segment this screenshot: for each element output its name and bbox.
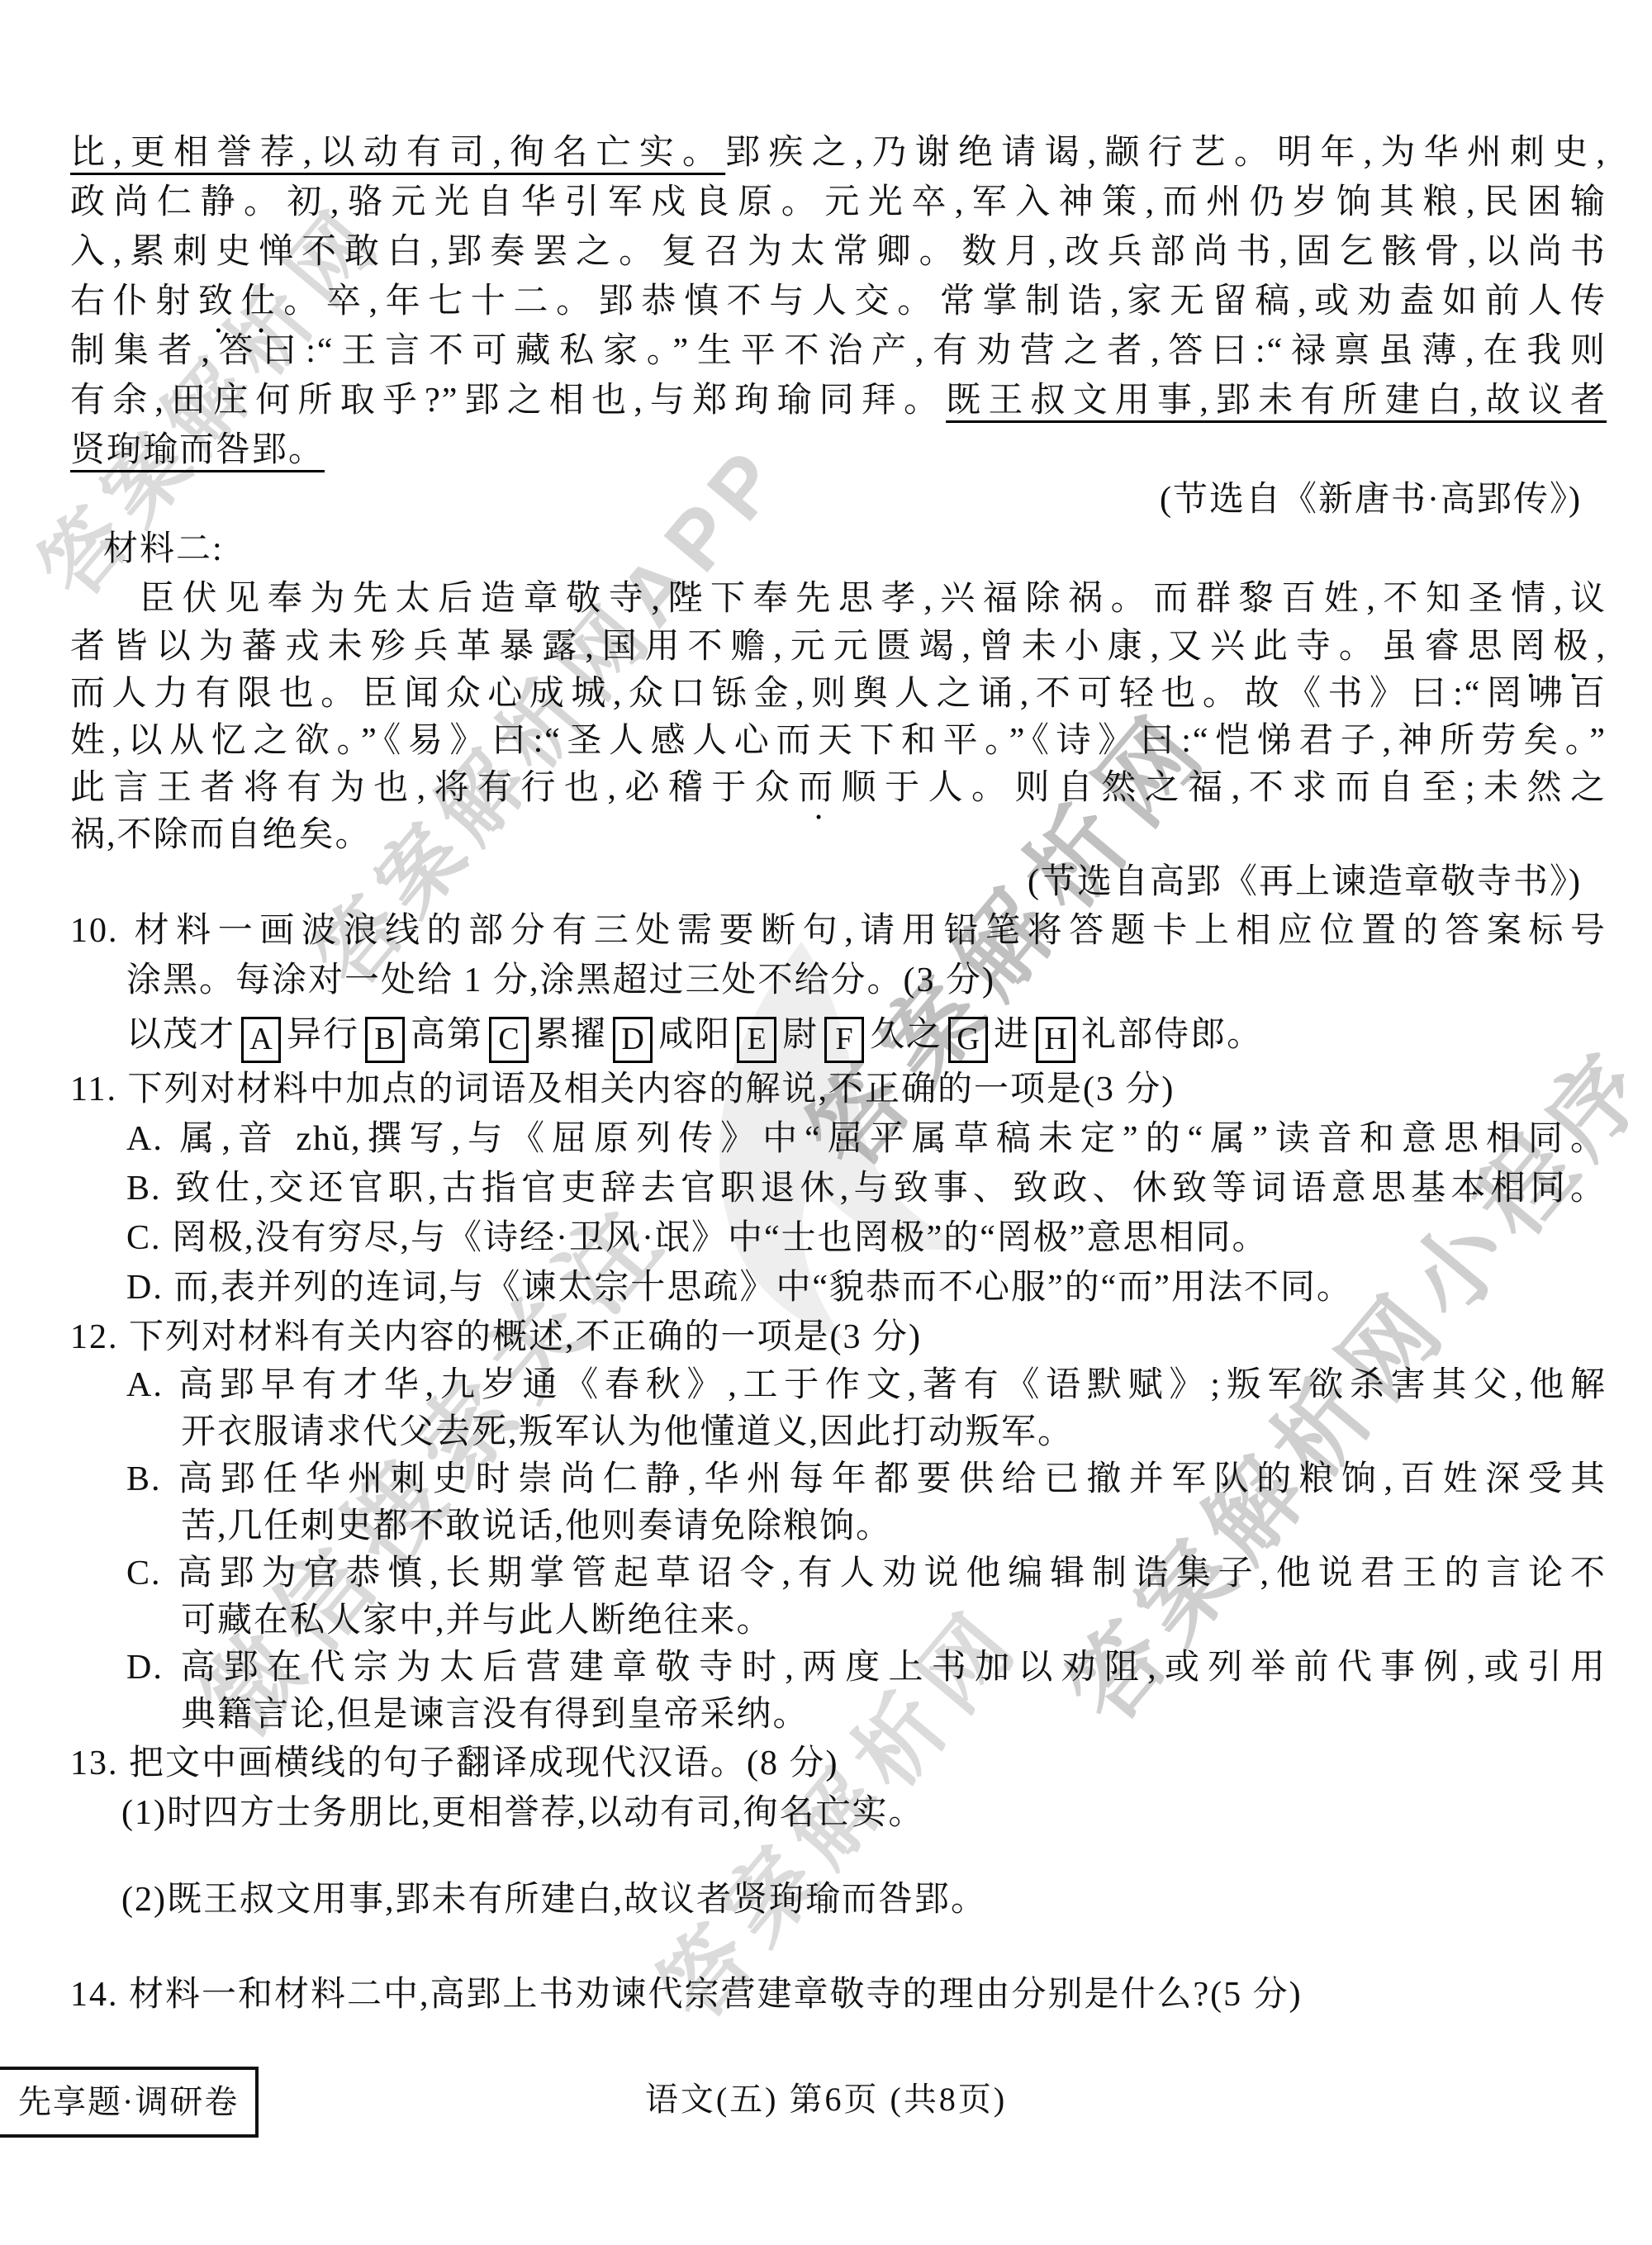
question-12-option-c-line-2: 可藏在私人家中,并与此人断绝往来。 bbox=[70, 1597, 1607, 1645]
passage-text: 咸阳 bbox=[658, 1016, 731, 1054]
passage-text: 进 bbox=[994, 1016, 1030, 1054]
material1-line-4: 右仆射致仕。卒,年七十二。郢恭慎不与人交。常掌制诰,家无留稿,或劝盍如前人传 bbox=[70, 277, 1607, 326]
question-12-option-b-line-2: 苦,几任刺史都不敢说话,他则奏请免除粮饷。 bbox=[70, 1503, 1607, 1550]
question-11-option-c[interactable]: C. 罔极,没有穷尽,与《诗经·卫风·氓》中“士也罔极”的“罔极”意思相同。 bbox=[70, 1213, 1607, 1263]
question-12-option-c-line-1[interactable]: C. 高郢为官恭慎,长期掌管起草诏令,有人劝说他编辑制诰集子,他说君王的言论不 bbox=[70, 1550, 1607, 1597]
answer-box-C[interactable]: C bbox=[489, 1017, 529, 1063]
question-11-option-d[interactable]: D. 而,表并列的连词,与《谏太宗十思疏》中“貌恭而不心服”的“而”用法不同。 bbox=[70, 1263, 1607, 1312]
question-12-option-d-line-2: 典籍言论,但是谏言没有得到皇帝采纳。 bbox=[70, 1692, 1607, 1739]
passage-text: 右仆射 bbox=[70, 282, 198, 320]
underlined-translation-sentence-2: 既王叔文用事,郢未有所建白,故议者 bbox=[946, 382, 1607, 420]
material1-line-2: 政尚仁静。初,骆元光自华引军戍良原。元光卒,军入神策,而州仍岁饷其粮,民困输 bbox=[70, 178, 1607, 227]
question-11-option-b[interactable]: B. 致仕,交还官职,古指官吏辞去官职退休,与致事、致政、休致等词语意思基本相同… bbox=[70, 1164, 1607, 1213]
material2-line-1: 臣伏见奉为先太后造章敬寺,陛下奉先思孝,兴福除祸。而群黎百姓,不知圣情,议 bbox=[70, 574, 1607, 624]
passage-text: 此言王者将有为也,将有行也,必稽于众 bbox=[70, 769, 798, 807]
question-10-stem-line-2: 涂黑。每涂对一处给 1 分,涂黑超过三处不给分。(3 分) bbox=[70, 956, 1607, 1005]
passage-text: 顺于人。则自然之福,不求而自至;未然之 bbox=[842, 769, 1607, 807]
answer-box-E[interactable]: E bbox=[737, 1017, 776, 1063]
passage-text: 高第 bbox=[411, 1016, 483, 1054]
question-10-stem-line-1: 10. 材料一画波浪线的部分有三处需要断句,请用铅笔将答题卡上相应位置的答案标号 bbox=[70, 906, 1607, 956]
passage-text: 久之 bbox=[870, 1016, 942, 1054]
question-13-sentence-2: (2)既王叔文用事,郢未有所建白,故议者贤珣瑜而咎郢。 bbox=[70, 1875, 1607, 1925]
material1-line-7: 贤珣瑜而咎郢。 bbox=[70, 425, 1607, 475]
passage-text: 礼部侍郎。 bbox=[1081, 1016, 1263, 1054]
answer-box-G[interactable]: G bbox=[948, 1017, 988, 1063]
material2-line-5: 此言王者将有为也,将有行也,必稽于众而顺于人。则自然之福,不求而自至;未然之 bbox=[70, 765, 1607, 812]
passage-text: 累擢 bbox=[534, 1016, 607, 1054]
material1-line-3: 入,累刺史惮不敢白,郢奏罢之。复召为太常卿。数月,改兵部尚书,固乞骸骨,以尚书 bbox=[70, 227, 1607, 277]
page-content: 比,更相誉荐,以动有司,徇名亡实。郢疾之,乃谢绝请谒,颛行艺。明年,为华州刺史,… bbox=[0, 0, 1652, 2020]
material2-line-4: 姓,以从忆之欲。”《易》曰:“圣人感人心而天下和平。”《诗》曰:“恺悌君子,神所… bbox=[70, 718, 1607, 765]
material1-line-5: 制集者,答曰:“王言不可藏私家。”生平不治产,有劝营之者,答曰:“禄禀虽薄,在我… bbox=[70, 326, 1607, 376]
question-12-option-b-line-1[interactable]: B. 高郢任华州刺史时崇尚仁静,华州每年都要供给已撤并军队的粮饷,百姓深受其 bbox=[70, 1456, 1607, 1503]
material2-header: 材料二: bbox=[70, 524, 1607, 574]
question-12-option-a-line-1[interactable]: A. 高郢早有才华,九岁通《春秋》,工于作文,著有《语默赋》;叛军欲杀害其父,他… bbox=[70, 1362, 1607, 1409]
material2-line-3: 而人力有限也。臣闻众心成城,众口铄金,则舆人之诵,不可轻也。故《书》曰:“罔咈百 bbox=[70, 671, 1607, 718]
answer-box-D[interactable]: D bbox=[613, 1017, 653, 1063]
page-number-footer: 语文(五) 第6页 (共8页) bbox=[0, 2073, 1652, 2120]
emphasized-word-er: 而 bbox=[798, 769, 841, 807]
material1-line-1: 比,更相誉荐,以动有司,徇名亡实。郢疾之,乃谢绝请谒,颛行艺。明年,为华州刺史, bbox=[70, 128, 1607, 178]
question-12-stem: 12. 下列对材料有关内容的概述,不正确的一项是(3 分) bbox=[70, 1312, 1607, 1362]
material2-source: (节选自高郢《再上谏造章敬寺书》) bbox=[70, 859, 1607, 906]
underlined-translation-sentence-2-cont: 贤珣瑜而咎郢。 bbox=[70, 431, 325, 469]
answer-box-A[interactable]: A bbox=[241, 1017, 281, 1063]
answer-box-H[interactable]: H bbox=[1036, 1017, 1075, 1063]
question-13-stem: 13. 把文中画横线的句子翻译成现代汉语。(8 分) bbox=[70, 1739, 1607, 1788]
question-11-stem: 11. 下列对材料中加点的词语及相关内容的解说,不正确的一项是(3 分) bbox=[70, 1065, 1607, 1114]
passage-text: 以茂才 bbox=[126, 1016, 235, 1054]
passage-text: 郢疾之,乃谢绝请谒,颛行艺。明年,为华州刺史, bbox=[725, 134, 1607, 172]
question-14-stem: 14. 材料一和材料二中,高郢上书劝谏代宗营建章敬寺的理由分别是什么?(5 分) bbox=[70, 1970, 1607, 2020]
passage-text: 者皆以为蕃戎未殄兵革暴露,国用不赡,元元匮竭,曾未小康,又兴此寺。虽睿思 bbox=[70, 628, 1511, 666]
question-10-sentence-breaking-line: 以茂才A异行B高第C累擢D咸阳E尉F久之G进H礼部侍郎。 bbox=[70, 1005, 1607, 1065]
passage-text: 。卒,年七十二。郢恭慎不与人交。常掌制诰,家无留稿,或劝盍如前人传 bbox=[283, 282, 1607, 320]
question-13-sentence-1: (1)时四方士务朋比,更相誉荐,以动有司,徇名亡实。 bbox=[70, 1788, 1607, 1838]
question-12-option-a-line-2: 开衣服请求代父去死,叛军认为他懂道义,因此打动叛军。 bbox=[70, 1409, 1607, 1456]
material1-source: (节选自《新唐书·高郢传》) bbox=[70, 475, 1607, 524]
material1-line-6: 有余,田庄何所取乎?”郢之相也,与郑珣瑜同拜。既王叔文用事,郢未有所建白,故议者 bbox=[70, 376, 1607, 425]
material2-line-6: 祸,不除而自绝矣。 bbox=[70, 812, 1607, 859]
passage-text: 尉 bbox=[782, 1016, 819, 1054]
question-12-option-d-line-1[interactable]: D. 高郢在代宗为太后营建章敬寺时,两度上书加以劝阻,或列举前代事例,或引用 bbox=[70, 1645, 1607, 1692]
passage-text: 异行 bbox=[287, 1016, 359, 1054]
passage-text: 有余,田庄何所取乎?”郢之相也,与郑珣瑜同拜。 bbox=[70, 382, 946, 420]
answer-box-F[interactable]: F bbox=[824, 1017, 864, 1063]
underlined-translation-sentence-1: 比,更相誉荐,以动有司,徇名亡实。 bbox=[70, 134, 725, 172]
emphasized-word-zhishi: 致仕 bbox=[198, 282, 283, 320]
exam-page: 答案解析网 答案解析网APP 答案解析网 微信搜索关注 答案解析网小程序 答案解… bbox=[0, 0, 1652, 2245]
emphasized-word-wangji: 罔极 bbox=[1511, 628, 1597, 666]
question-11-option-a[interactable]: A. 属,音 zhǔ,撰写,与《屈原列传》中“屈平属草稿未定”的“属”读音和意思… bbox=[70, 1114, 1607, 1164]
answer-box-B[interactable]: B bbox=[365, 1017, 405, 1063]
material2-line-2: 者皆以为蕃戎未殄兵革暴露,国用不赡,元元匮竭,曾未小康,又兴此寺。虽睿思罔极, bbox=[70, 624, 1607, 671]
passage-text: , bbox=[1596, 628, 1607, 666]
